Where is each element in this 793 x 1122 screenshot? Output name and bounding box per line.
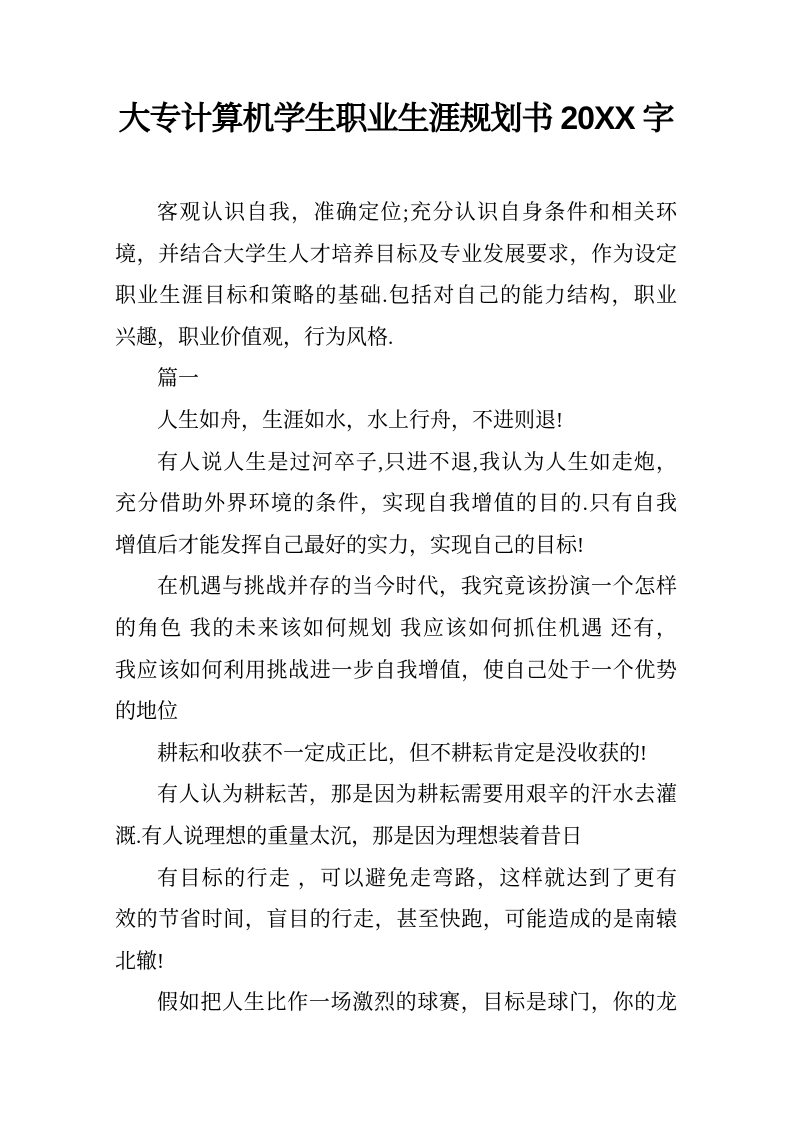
text-line: 职业生涯目标和策略的基础.包括对自己的能力结构，职业 — [115, 275, 677, 317]
paragraph: 在机遇与挑战并存的当今时代，我究竟该扮演一个怎样的角色 我的未来该如何规划 我应… — [115, 566, 677, 732]
paragraph: 人生如舟，生涯如水，水上行舟，不进则退! — [115, 400, 677, 442]
text-line: 有人认为耕耘苦，那是因为耕耘需要用艰辛的汗水去灌 — [115, 774, 677, 816]
text-line: 的角色 我的未来该如何规划 我应该如何抓住机遇 还有， — [115, 608, 677, 650]
paragraph: 客观认识自我，准确定位;充分认识自身条件和相关环境，并结合大学生人才培养目标及专… — [115, 192, 677, 358]
text-line: 的地位 — [115, 691, 677, 733]
paragraph: 有人认为耕耘苦，那是因为耕耘需要用艰辛的汗水去灌溉.有人说理想的重量太沉，那是因… — [115, 774, 677, 857]
text-line: 人生如舟，生涯如水，水上行舟，不进则退! — [115, 400, 677, 442]
text-line: 我应该如何利用挑战进一步自我增值，使自己处于一个优势 — [115, 650, 677, 692]
document-title: 大专计算机学生职业生涯规划书 20XX 字 — [115, 96, 677, 140]
paragraph: 有人说人生是过河卒子,只进不退,我认为人生如走炮，充分借助外界环境的条件，实现自… — [115, 442, 677, 567]
text-line: 北辙! — [115, 941, 677, 983]
text-line: 效的节省时间，盲目的行走，甚至快跑，可能造成的是南辕 — [115, 899, 677, 941]
text-line: 充分借助外界环境的条件，实现自我增值的目的.只有自我 — [115, 483, 677, 525]
text-line: 有目标的行走 ，可以避免走弯路，这样就达到了更有 — [115, 858, 677, 900]
text-line: 溉.有人说理想的重量太沉，那是因为理想装着昔日 — [115, 816, 677, 858]
text-line: 假如把人生比作一场激烈的球赛，目标是球门，你的龙 — [115, 982, 677, 1024]
document-page: 大专计算机学生职业生涯规划书 20XX 字 客观认识自我，准确定位;充分认识自身… — [0, 0, 793, 1122]
paragraph: 耕耘和收获不一定成正比，但不耕耘肯定是没收获的! — [115, 733, 677, 775]
text-line: 境，并结合大学生人才培养目标及专业发展要求，作为设定 — [115, 234, 677, 276]
text-line: 增值后才能发挥自己最好的实力，实现自己的目标! — [115, 525, 677, 567]
text-line: 在机遇与挑战并存的当今时代，我究竟该扮演一个怎样 — [115, 566, 677, 608]
paragraph: 假如把人生比作一场激烈的球赛，目标是球门，你的龙 — [115, 982, 677, 1024]
text-line: 兴趣，职业价值观，行为风格. — [115, 317, 677, 359]
text-line: 客观认识自我，准确定位;充分认识自身条件和相关环 — [115, 192, 677, 234]
text-line: 耕耘和收获不一定成正比，但不耕耘肯定是没收获的! — [115, 733, 677, 775]
text-line: 篇一 — [115, 358, 677, 400]
paragraph: 篇一 — [115, 358, 677, 400]
text-line: 有人说人生是过河卒子,只进不退,我认为人生如走炮， — [115, 442, 677, 484]
paragraph: 有目标的行走 ，可以避免走弯路，这样就达到了更有效的节省时间，盲目的行走，甚至快… — [115, 858, 677, 983]
document-body: 客观认识自我，准确定位;充分认识自身条件和相关环境，并结合大学生人才培养目标及专… — [115, 192, 677, 1024]
document-content: 大专计算机学生职业生涯规划书 20XX 字 客观认识自我，准确定位;充分认识自身… — [0, 96, 793, 1024]
